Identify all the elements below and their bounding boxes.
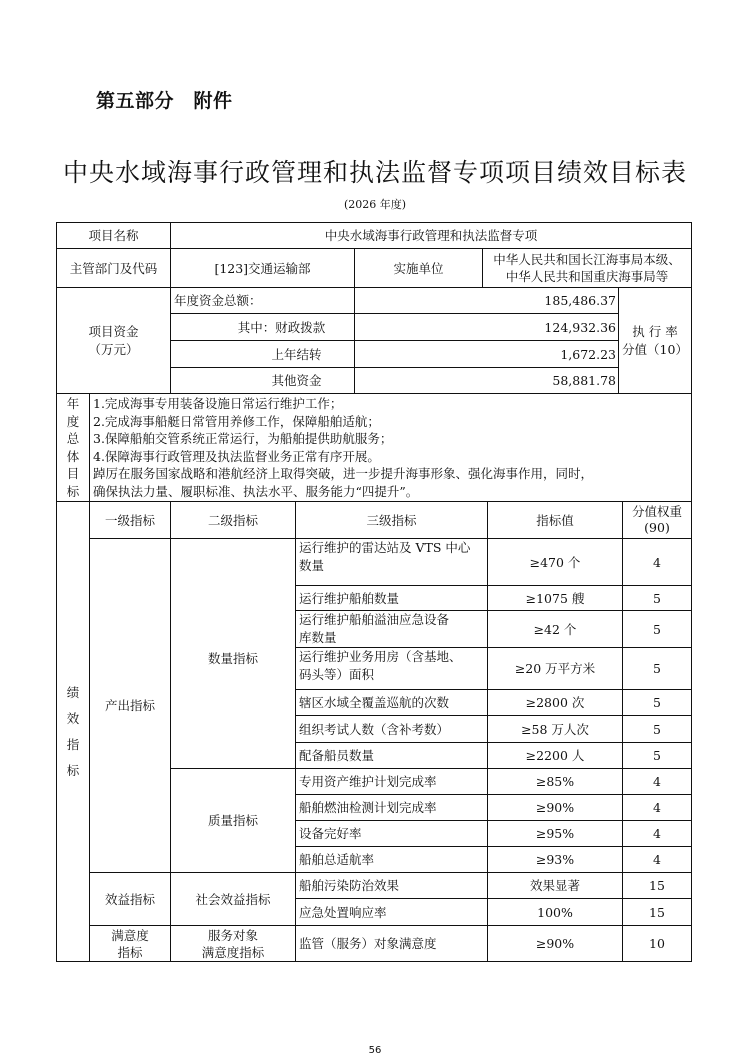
indicator-name: 配备船员数量 (296, 743, 488, 769)
goal-line: 确保执法力量、履职标准、执法水平、服务能力“四提升”。 (93, 483, 418, 501)
level2-service-satisfaction: 服务对象 满意度指标 (171, 926, 296, 961)
indicator-value: ≥90% (488, 795, 623, 821)
indicator-value: ≥20 万平方米 (488, 648, 623, 690)
indicator-weight: 5 (623, 611, 691, 648)
indicators-section-label: 绩 效 指 标 (57, 502, 90, 961)
indicator-name: 船舶污染防治效果 (296, 873, 488, 899)
indicator-value: ≥1075 艘 (488, 586, 623, 611)
indicator-weight: 4 (623, 769, 691, 795)
indicator-name: 监管（服务）对象满意度 (296, 926, 488, 961)
execution-rate-line1: 执 行 率 (632, 323, 677, 341)
label-char: 度 (67, 413, 80, 431)
header-level1: 一级指标 (90, 502, 171, 539)
level1-satisfaction-line2: 指标 (117, 944, 142, 961)
indicator-weight: 4 (623, 821, 691, 847)
level2-social: 社会效益指标 (171, 873, 296, 926)
indicator-name: 应急处置响应率 (296, 899, 488, 926)
impl-unit-line2: 中华人民共和国重庆海事局等 (506, 268, 669, 285)
funding-carryover-label: 上年结转 (171, 341, 355, 368)
goal-line: 3.保障船舶交管系统正常运行，为船舶提供助航服务； (93, 430, 392, 448)
header-value: 指标值 (488, 502, 623, 539)
annual-goals-label: 年 度 总 体 目 标 (57, 394, 90, 502)
indicator-weight: 5 (623, 690, 691, 716)
indicator-weight: 5 (623, 716, 691, 743)
level2-service-line1: 服务对象 (208, 927, 258, 944)
indicator-name: 设备完好率 (296, 821, 488, 847)
annual-goals-text: 1.完成海事专用装备设施日常运行维护工作； 2.完成海事船艇日常管用养修工作，保… (90, 394, 691, 502)
label-char: 目 (67, 465, 80, 483)
indicator-value: 100% (488, 899, 623, 926)
indicator-name: 辖区水域全覆盖巡航的次数 (296, 690, 488, 716)
impl-unit-value: 中华人民共和国长江海事局本级、 中华人民共和国重庆海事局等 (483, 249, 691, 288)
indicator-weight: 15 (623, 899, 691, 926)
project-name-value: 中央水域海事行政管理和执法监督专项 (171, 223, 691, 249)
header-weight-line2: (90) (644, 520, 670, 536)
indicator-value: ≥58 万人次 (488, 716, 623, 743)
funding-total-label: 年度资金总额： (171, 288, 355, 314)
indicator-name-line2: 数量 (299, 557, 324, 575)
indicator-value: ≥470 个 (488, 539, 623, 586)
document-title: 中央水域海事行政管理和执法监督专项项目绩效目标表 (0, 153, 750, 189)
indicator-name: 组织考试人数（含补考数） (296, 716, 488, 743)
funding-label: 项目资金 （万元） (57, 288, 171, 394)
indicator-value: ≥93% (488, 847, 623, 873)
funding-label-line1: 项目资金 (88, 323, 138, 341)
indicator-weight: 15 (623, 873, 691, 899)
impl-unit-label: 实施单位 (355, 249, 483, 288)
funding-fiscal-value: 124,932.36 (355, 314, 619, 341)
performance-target-table: 项目名称 中央水域海事行政管理和执法监督专项 主管部门及代码 [123]交通运输… (56, 222, 692, 962)
indicator-name: 运行维护的雷达站及 VTS 中心 数量 (296, 539, 488, 586)
indicator-value: ≥85% (488, 769, 623, 795)
level1-satisfaction-line1: 满意度 (111, 927, 149, 944)
indicator-weight: 5 (623, 648, 691, 690)
label-char: 体 (67, 448, 80, 466)
header-level2: 二级指标 (171, 502, 296, 539)
level1-output: 产出指标 (90, 539, 171, 873)
label-char: 标 (67, 483, 80, 501)
indicator-name: 运行维护业务用房（含基地、 码头等）面积 (296, 648, 488, 690)
indicator-name: 船舶总适航率 (296, 847, 488, 873)
label-char: 绩 (67, 680, 80, 706)
indicator-name-line1: 运行维护船舶溢油应急设备 (299, 611, 449, 629)
level2-service-line2: 满意度指标 (202, 944, 265, 961)
funding-other-label: 其他资金 (171, 368, 355, 394)
indicator-weight: 4 (623, 539, 691, 586)
indicator-name-line2: 码头等）面积 (299, 666, 374, 684)
level1-benefit: 效益指标 (90, 873, 171, 926)
indicator-weight: 10 (623, 926, 691, 961)
header-level3: 三级指标 (296, 502, 488, 539)
indicator-name: 专用资产维护计划完成率 (296, 769, 488, 795)
indicator-value: ≥42 个 (488, 611, 623, 648)
execution-rate-score: 执 行 率 分值（10） (619, 288, 691, 394)
indicator-name: 运行维护船舶数量 (296, 586, 488, 611)
indicator-name-line1: 运行维护业务用房（含基地、 (299, 648, 462, 666)
funding-fiscal-label: 其中：财政拨款 (171, 314, 355, 341)
indicator-name-line2: 库数量 (299, 629, 337, 647)
header-weight-line1: 分值权重 (632, 504, 682, 520)
indicator-value: ≥95% (488, 821, 623, 847)
indicator-name: 运行维护船舶溢油应急设备 库数量 (296, 611, 488, 648)
label-char: 效 (67, 706, 80, 732)
execution-rate-line2: 分值（10） (622, 341, 688, 359)
dept-value: [123]交通运输部 (171, 249, 355, 288)
indicator-weight: 4 (623, 847, 691, 873)
dept-label: 主管部门及代码 (57, 249, 171, 288)
page-number: 56 (0, 1045, 750, 1056)
document-year: (2026 年度) (0, 196, 750, 212)
funding-other-value: 58,881.78 (355, 368, 619, 394)
goal-line: 4.保障海事行政管理及执法监督业务正常有序开展。 (93, 448, 380, 466)
label-char: 标 (67, 758, 80, 784)
section-heading: 第五部分 附件 (96, 86, 233, 113)
header-weight: 分值权重 (90) (623, 502, 691, 539)
level2-quality: 质量指标 (171, 769, 296, 873)
indicator-name-line1: 运行维护的雷达站及 VTS 中心 (299, 539, 470, 557)
impl-unit-line1: 中华人民共和国长江海事局本级、 (493, 251, 681, 268)
level2-quantity: 数量指标 (171, 539, 296, 769)
indicator-name: 船舶燃油检测计划完成率 (296, 795, 488, 821)
level1-satisfaction: 满意度 指标 (90, 926, 171, 961)
indicator-value: 效果显著 (488, 873, 623, 899)
project-name-label: 项目名称 (57, 223, 171, 249)
indicator-weight: 4 (623, 795, 691, 821)
indicator-value: ≥2200 人 (488, 743, 623, 769)
goal-line: 2.完成海事船艇日常管用养修工作，保障船舶适航； (93, 413, 380, 431)
indicator-value: ≥90% (488, 926, 623, 961)
indicator-value: ≥2800 次 (488, 690, 623, 716)
label-char: 年 (67, 395, 80, 413)
label-char: 总 (67, 430, 80, 448)
funding-total-value: 185,486.37 (355, 288, 619, 314)
funding-label-line2: （万元） (88, 341, 138, 359)
indicator-weight: 5 (623, 743, 691, 769)
goal-line: 1.完成海事专用装备设施日常运行维护工作； (93, 395, 342, 413)
indicator-weight: 5 (623, 586, 691, 611)
label-char: 指 (67, 732, 80, 758)
goal-line: 踔厉在服务国家战略和港航经济上取得突破，进一步提升海事形象、强化海事作用，同时， (93, 465, 593, 483)
funding-carryover-value: 1,672.23 (355, 341, 619, 368)
